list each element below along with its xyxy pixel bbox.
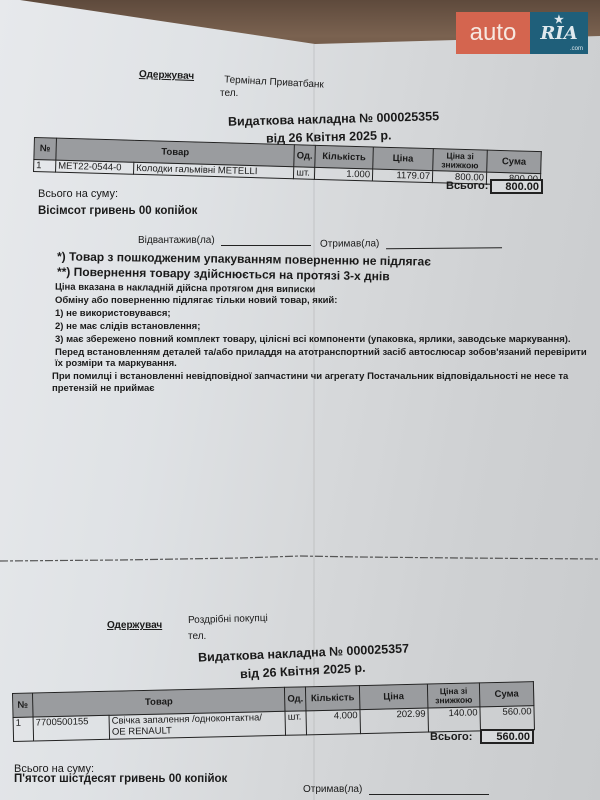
sum-label-1: Всього на суму: xyxy=(38,188,118,200)
note-line: 3) має збережено повний комплект товару,… xyxy=(55,334,571,345)
watermark-ria: ★ RIA .com xyxy=(530,12,588,54)
total-value-1: 800.00 xyxy=(490,179,543,194)
note-line: Обміну або поверненню підлягає тільки но… xyxy=(55,295,337,306)
phone-label-1: тел. xyxy=(220,88,238,99)
row-no: 1 xyxy=(34,160,56,173)
row-qty: 4.000 xyxy=(306,710,361,735)
row-price: 202.99 xyxy=(360,708,429,734)
total-label-2: Всього: xyxy=(430,731,472,743)
received-label-1: Отримав(ла) xyxy=(320,237,502,250)
received-label-2: Отримав(ла) xyxy=(303,784,489,795)
col-unit: Од. xyxy=(285,687,306,711)
phone-label-2: тел. xyxy=(188,631,206,642)
row-price: 1179.07 xyxy=(372,169,432,183)
note-line: Перед встановленням деталей та/або прила… xyxy=(55,347,587,358)
note-line: 1) не використовувався; xyxy=(55,308,171,319)
row-qty: 1.000 xyxy=(314,167,372,181)
col-no: № xyxy=(34,138,57,161)
recipient-label-2: Одержувач xyxy=(107,620,162,631)
sum-words-1: Вісімсот гривень 00 копійок xyxy=(38,205,197,217)
col-sum: Сума xyxy=(487,150,542,173)
row-unit: шт. xyxy=(285,711,306,735)
perforation-line xyxy=(0,555,600,563)
col-sum: Сума xyxy=(479,682,534,707)
col-price: Ціна xyxy=(359,684,428,710)
row-name: Свічка запалення /одноконтактна/ OE RENA… xyxy=(109,711,286,739)
row-code: 7700500155 xyxy=(33,715,110,741)
received-signature-line-2 xyxy=(369,794,489,795)
row-sum: 560.00 xyxy=(480,706,535,731)
col-unit: Од. xyxy=(294,145,315,168)
total-value-2: 560.00 xyxy=(480,729,534,744)
sum-words-2: П'ятсот шістдесят гривень 00 копійок xyxy=(14,773,227,785)
recipient-name-2: Роздрібні покупці xyxy=(188,613,268,626)
col-qty: Кількість xyxy=(305,686,360,711)
col-no: № xyxy=(13,693,34,717)
col-discount-price: Ціна зі знижкою xyxy=(427,683,480,708)
star-icon: ★ xyxy=(554,13,564,26)
col-qty: Кількість xyxy=(315,145,374,169)
note-line: 2) не має слідів встановлення; xyxy=(55,321,200,332)
row-unit: шт. xyxy=(294,167,315,180)
row-code: MET22-0544-0 xyxy=(56,160,134,174)
total-label-1: Всього: xyxy=(446,180,488,192)
row-no: 1 xyxy=(13,717,34,741)
col-discount-price: Ціна зі знижкою xyxy=(433,149,488,172)
note-line: їх розміри та маркування. xyxy=(55,358,177,369)
watermark-auto: auto xyxy=(456,12,530,54)
note-line: При помилці і встановленні невідповідної… xyxy=(52,371,568,382)
recipient-label-1: Одержувач xyxy=(139,69,195,82)
note-line: претензій не приймає xyxy=(52,383,155,394)
shipped-label: Відвантажив(ла) xyxy=(138,235,311,246)
autoria-watermark: auto ★ RIA .com xyxy=(456,12,588,54)
shipped-signature-line xyxy=(221,245,311,246)
row-discount-price: 140.00 xyxy=(428,707,481,732)
col-price: Ціна xyxy=(373,147,434,171)
